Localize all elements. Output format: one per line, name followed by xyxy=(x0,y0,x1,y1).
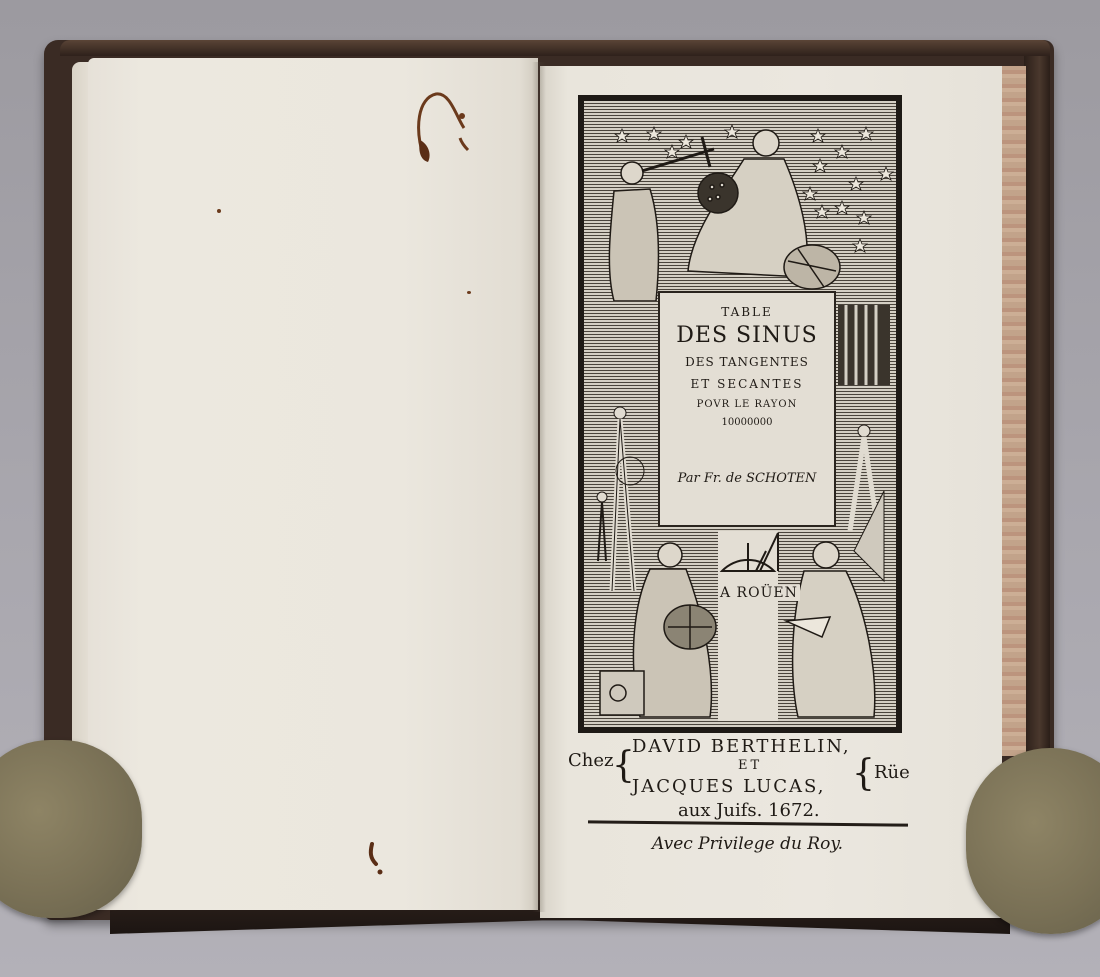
cover-top-edge xyxy=(60,40,1050,56)
urania-figure xyxy=(688,130,840,289)
printer-conjunction: ET xyxy=(738,758,762,773)
royal-privilege-line: Avec Privilege du Roy. xyxy=(652,834,843,854)
place-of-publication: A ROÜEN xyxy=(718,585,800,601)
title-line-radius-value: 10000000 xyxy=(660,417,834,428)
imprint-block: Chez { DAVID BERTHELIN, ET JACQUES LUCAS… xyxy=(560,736,960,876)
astronomy-scene-illustration xyxy=(584,101,896,301)
woodcut-engraving-frame: TABLE DES SINUS DES TANGENTES ET SECANTE… xyxy=(578,95,902,733)
figure-with-armillary-sphere xyxy=(600,543,716,717)
printer-prefix: Chez xyxy=(568,750,614,771)
ink-dot xyxy=(467,291,471,294)
author-line: Par Fr. de SCHOTEN xyxy=(660,471,834,486)
allegorical-figures-scene xyxy=(590,521,890,721)
title-line-secantes: ET SECANTES xyxy=(660,377,834,391)
book-gutter xyxy=(532,62,546,912)
printer-name-2: JACQUES LUCAS, xyxy=(632,776,825,797)
title-line-tangentes: DES TANGENTES xyxy=(660,355,834,369)
title-cartouche: TABLE DES SINUS DES TANGENTES ET SECANTE… xyxy=(658,291,836,527)
cover-right-edge xyxy=(1024,56,1050,756)
title-line-table: TABLE xyxy=(660,305,834,319)
ink-loop-mark-icon xyxy=(410,88,474,168)
left-oval-book-weight xyxy=(0,740,142,918)
right-brace-icon: { xyxy=(852,744,875,804)
astronomer-figure xyxy=(609,137,714,301)
printer-name-1: DAVID BERTHELIN, xyxy=(632,736,851,757)
title-line-rayon: POVR LE RAYON xyxy=(660,399,834,410)
horizontal-rule xyxy=(588,820,908,826)
ink-dot xyxy=(217,209,221,213)
street-prefix: Rüe xyxy=(874,762,910,783)
left-flyleaf-page xyxy=(88,58,538,910)
title-line-des-sinus: DES SINUS xyxy=(660,323,834,348)
ink-squiggle-icon xyxy=(364,840,388,880)
street-and-year: aux Juifs. 1672. xyxy=(678,800,820,821)
engraving-hatched-background: TABLE DES SINUS DES TANGENTES ET SECANTE… xyxy=(584,101,896,727)
figure-writing xyxy=(786,542,875,717)
